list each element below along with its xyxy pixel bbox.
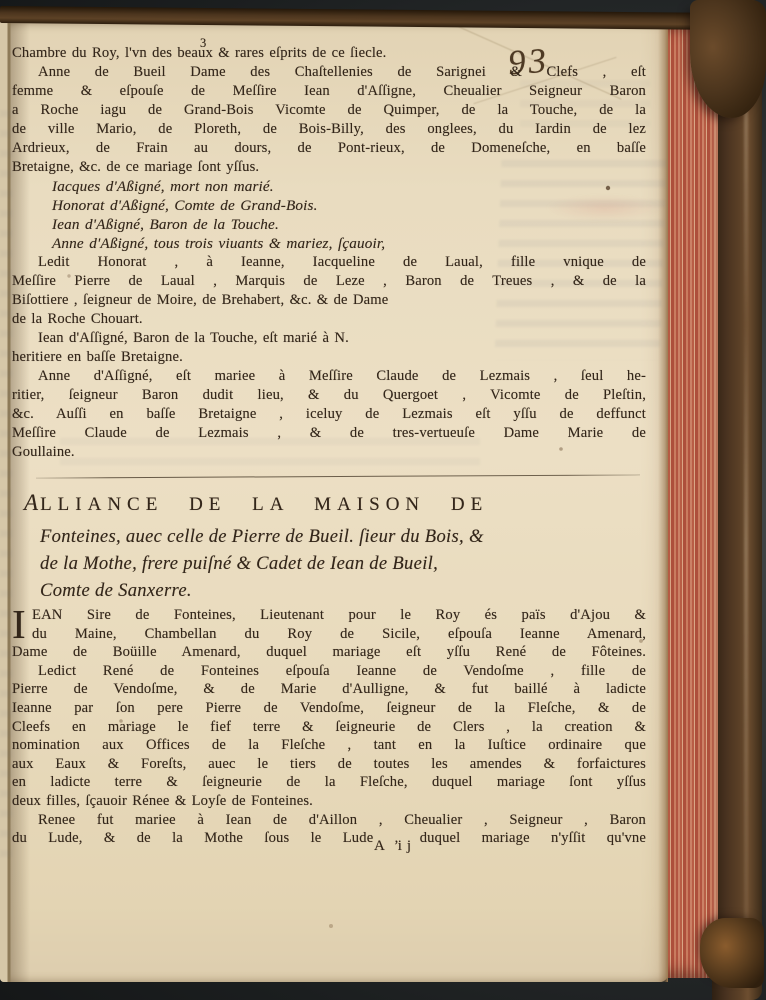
page-right-edge-crease xyxy=(658,20,668,982)
text-line: de la Mothe, frere puiſné & Cadet de Iea… xyxy=(40,550,646,577)
text-line: Dame de Boüille Amenard, duquel mariage … xyxy=(12,643,646,662)
section-divider-rule xyxy=(36,474,640,478)
text-line: Anne d'Aſſigné, eſt mariee à Meſſire Cla… xyxy=(12,367,646,386)
text-line: Ledit Honorat , à Ieanne, Iacqueline de … xyxy=(12,253,646,272)
text-line: de la Roche Chouart. xyxy=(12,310,646,329)
text-line: deux filles, ſçauoir Rénee & Loyſe de Fo… xyxy=(12,792,646,811)
text-line: heritiere en baſſe Bretaigne. xyxy=(12,348,646,367)
text-line: Cleefs en mariage le fief terre & ſeigne… xyxy=(12,718,646,737)
book-cover-right-edge xyxy=(712,0,762,1000)
text-line: Ledict René de Fonteines eſpouſa Ieanne … xyxy=(12,662,646,681)
text-line: Ardrieux, de Frain au dours, de Pont-rie… xyxy=(12,139,646,158)
text-line: de ville Mario, de Ploreth, de Bois-Bill… xyxy=(12,120,646,139)
lower-text-block: EAN Sire de Fonteines, Lieutenant pour l… xyxy=(12,606,646,848)
text-line: Honorat d'Aßigné, Comte de Grand-Bois. xyxy=(12,196,646,215)
text-line: Goullaine. xyxy=(12,443,646,462)
book-photograph: 3 93 Chambre du Roy, l'vn des beaux & ra… xyxy=(0,0,766,1000)
text-line: Iean d'Aſſigné, Baron de la Touche, eſt … xyxy=(12,329,646,348)
book-page: 3 93 Chambre du Roy, l'vn des beaux & ra… xyxy=(0,20,668,982)
text-line: Chambre du Roy, l'vn des beaux & rares e… xyxy=(12,44,646,63)
text-line: Meſſire Claude de Lezmais , & de tres-ve… xyxy=(12,424,646,443)
text-line: Pierre de Vendoſme, & de Marie d'Aullign… xyxy=(12,680,646,699)
section-subtitle: Fonteines, auec celle de Pierre de Bueil… xyxy=(12,523,646,604)
upper-text-block: Chambre du Roy, l'vn des beaux & rares e… xyxy=(12,44,646,462)
text-line: aux Eaux & Foreſts, auec le tiers de tou… xyxy=(12,755,646,774)
text-line: Ieanne par ſon pere Pierre de Vendoſme, … xyxy=(12,699,646,718)
text-line: Bretaigne, &c. de ce mariage ſont yſſus. xyxy=(12,158,646,177)
text-line: EAN Sire de Fonteines, Lieutenant pour l… xyxy=(12,606,646,625)
text-line: nomination aux Offices de la Fleſche , t… xyxy=(12,736,646,755)
text-line: ritier, ſeigneur Baron dudit lieu, & du … xyxy=(12,386,646,405)
text-line: Biſottiere , ſeigneur de Moire, de Breha… xyxy=(12,291,646,310)
book-cover-bottom-right-corner xyxy=(700,918,764,988)
text-line: du Maine, Chambellan du Roy de Sicile, e… xyxy=(12,625,646,644)
text-line: a Roche iagu de Grand-Bois Vicomte de Qu… xyxy=(12,101,646,120)
text-line: Iacques d'Aßigné, mort non marié. xyxy=(12,177,646,196)
text-line: du Lude, & de la Mothe ſous le Lude , du… xyxy=(12,829,646,848)
section-title: ALLIANCE DE LA MAISON DE xyxy=(12,490,646,516)
text-line: Comte de Sanxerre. xyxy=(40,577,646,604)
book-red-fore-edge-pages xyxy=(664,24,718,978)
text-line: Meſſire Pierre de Laual , Marquis de Lez… xyxy=(12,272,646,291)
text-line: Fonteines, auec celle de Pierre de Bueil… xyxy=(40,523,646,550)
text-line: femme & eſpouſe de Meſſire Iean d'Aſſign… xyxy=(12,82,646,101)
text-line: Anne de Bueil Dame des Chaſtellenies de … xyxy=(12,63,646,82)
section-heading: ALLIANCE DE LA MAISON DE Fonteines, auec… xyxy=(12,490,646,604)
text-line: en ladicte terre & ſeigneurie de la Fleſ… xyxy=(12,773,646,792)
text-line: Iean d'Aßigné, Baron de la Touche. xyxy=(12,215,646,234)
text-line: &c. Auſſi en baſſe Bretaigne , iceluy de… xyxy=(12,405,646,424)
signature-mark: A ij xyxy=(374,838,416,855)
text-line: Anne d'Aßigné, tous trois viuants & mari… xyxy=(12,234,646,253)
text-line: Renee fut mariee à Iean de d'Aillon , Ch… xyxy=(12,811,646,830)
